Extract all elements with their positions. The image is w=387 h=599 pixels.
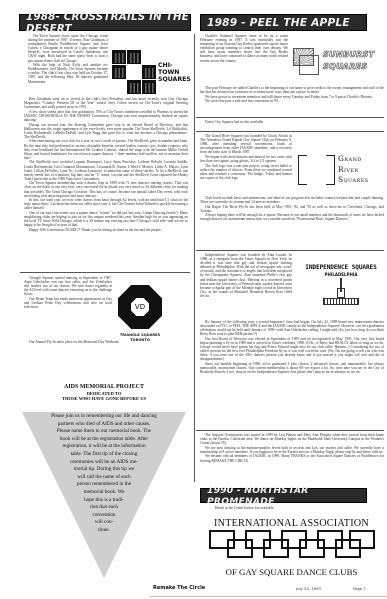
grand-river-squares-logo: Grand River Squares [298, 153, 384, 188]
paragraph: A few short weeks after that first gradu… [24, 110, 188, 122]
independence-body: By January of the following year, a seco… [200, 320, 384, 400]
paragraph: Since our humble beginning in 1988, we'v… [200, 362, 384, 374]
bracket-icon [326, 155, 335, 185]
chi-town-grid-icon [112, 50, 156, 94]
paragraph: One of our most fun events was a square … [24, 211, 188, 227]
independence-squares-logo: INDEPENDENCE SQUARES PHILADELPHIA [295, 264, 387, 314]
peel-the-apple-heading: 1989 - PEEL THE APPLE [200, 14, 367, 31]
issue-date: July 24, 1993 [296, 586, 321, 591]
aids-memorial-title: AIDS MEMORIAL PROJECT DEDICATED TO THOSE… [24, 384, 184, 402]
sequoia-body: The Sequoia Oceanwaves was started in 19… [200, 433, 384, 483]
paragraph: In this, our sixth year, we now offer cl… [24, 198, 188, 210]
triangle-body: Triangle Squares started dancing in Sept… [24, 276, 112, 340]
paragraph: The SheDevils now included Lapuna Davenp… [24, 160, 188, 180]
aids-memorial-text: Please join us in remembering our life a… [22, 413, 186, 535]
crosstrails-body: Ron Goodman went on to served as the clu… [24, 97, 188, 269]
page-number: Page 7 [353, 586, 366, 591]
paragraph: Club levels include basic and mainstream… [200, 196, 384, 204]
paragraph: We became official members of IAGSDC in … [200, 454, 384, 462]
section-divider [196, 250, 384, 251]
paragraph: Charlie's Sunburst Squares came to be on… [200, 34, 288, 63]
paragraph: By January of the following year, a seco… [200, 320, 384, 336]
paragraph: We began with seven dancers and danced f… [200, 155, 292, 163]
section-divider [196, 430, 384, 431]
paragraph: Independence Squares was founded by Alan… [200, 253, 292, 298]
paragraph: Chi-Town Squares burst upon the Chicago … [28, 34, 108, 63]
paragraph: Ron Goodman went on to served as the clu… [24, 97, 188, 109]
northstar-heading: 1990 - NORTHSTAR PROMENADE [200, 488, 367, 503]
triangle-logo-mark: VD [131, 298, 149, 316]
paragraph: During our second year, the Steering Com… [24, 123, 188, 139]
paragraph: We are now dancing at the mainstream/plu… [200, 446, 384, 454]
publication-name: Remake The Circle [153, 585, 205, 591]
grand-river-logo-text: Grand River Squares [338, 154, 368, 186]
iagsdc-logo: INTERNATIONAL ASSOCIATION OF GAY SQUARE … [200, 518, 383, 578]
sunburst-logo-text: SUNBURST SQUARES [323, 49, 374, 73]
paragraph: We wish everyone a safe and fun conventi… [200, 99, 384, 103]
paragraph: Always hoping there will be enough for a… [200, 213, 384, 221]
independence-hall-icon [321, 278, 361, 308]
section-divider [20, 272, 190, 273]
chi-town-squares-logo: CHI-TOWN SQUARES [112, 50, 190, 96]
grand-river-intro: The Grand River Squares was founded by C… [200, 134, 292, 194]
triangle-squares-logo: VD TRIANGLE SQUARES TORONTO [108, 285, 172, 353]
paragraph: Happy 10th Convention IAGSDC!! Thank you… [24, 228, 188, 232]
sunburst-squares-logo: SUNBURST SQUARES [291, 45, 385, 77]
paragraph: The Grand River Squares was founded by C… [200, 134, 292, 154]
paragraph: The Sequoia Oceanwaves was started in 19… [200, 433, 384, 445]
newsletter-page: 1988- CROSSTRAILS IN THE DESERT Chi-Town… [0, 0, 387, 599]
paragraph: Our Rapin' The River Fly-In has been hel… [200, 205, 384, 213]
triangle-logo-caption: TRIANGLE SQUARES TORONTO [108, 333, 172, 343]
paragraph: Triangle Squares started dancing in Sept… [24, 276, 112, 296]
crosstrails-heading: 1988- CROSSTRAILS IN THE DESERT [19, 14, 191, 31]
chi-town-logo-text: CHI-TOWN SQUARES [158, 62, 191, 83]
paragraph: Our Demo Team has made numerous appearan… [24, 297, 112, 309]
finest-city-note: Finest City Squares had no bio available… [200, 120, 384, 126]
paragraph: We have grown to seventeen members and s… [200, 95, 384, 99]
section-divider [196, 117, 384, 118]
footer-rule [150, 596, 387, 597]
section-divider [196, 131, 384, 132]
independence-intro: Independence Squares was founded by Alan… [200, 253, 292, 319]
crosstrails-intro: Chi-Town Squares burst upon the Chicago … [28, 34, 108, 96]
sunburst-body: This past February we added Charlie's to… [200, 86, 384, 116]
paragraph: Our first Board of Directors was elected… [200, 337, 384, 362]
northstar-note: Heads to the Center had no bio available… [210, 506, 380, 512]
column-divider [194, 34, 195, 482]
linked-squares-icon [207, 530, 377, 560]
grand-river-body: Club levels include basic and mainstream… [200, 196, 384, 248]
paragraph: Chi-Town Squares membership took a drast… [24, 181, 188, 197]
paragraph: This past February we added Charlie's to… [200, 86, 384, 94]
paragraph: After entertaining our own club for a ye… [24, 139, 188, 159]
sunburst-intro: Charlie's Sunburst Squares came to be on… [200, 34, 288, 90]
bracket-icon [298, 155, 307, 185]
paragraph: The club logo was a one year project, us… [200, 164, 292, 180]
paragraph: With the help of Nick Kelly and another … [28, 63, 108, 83]
